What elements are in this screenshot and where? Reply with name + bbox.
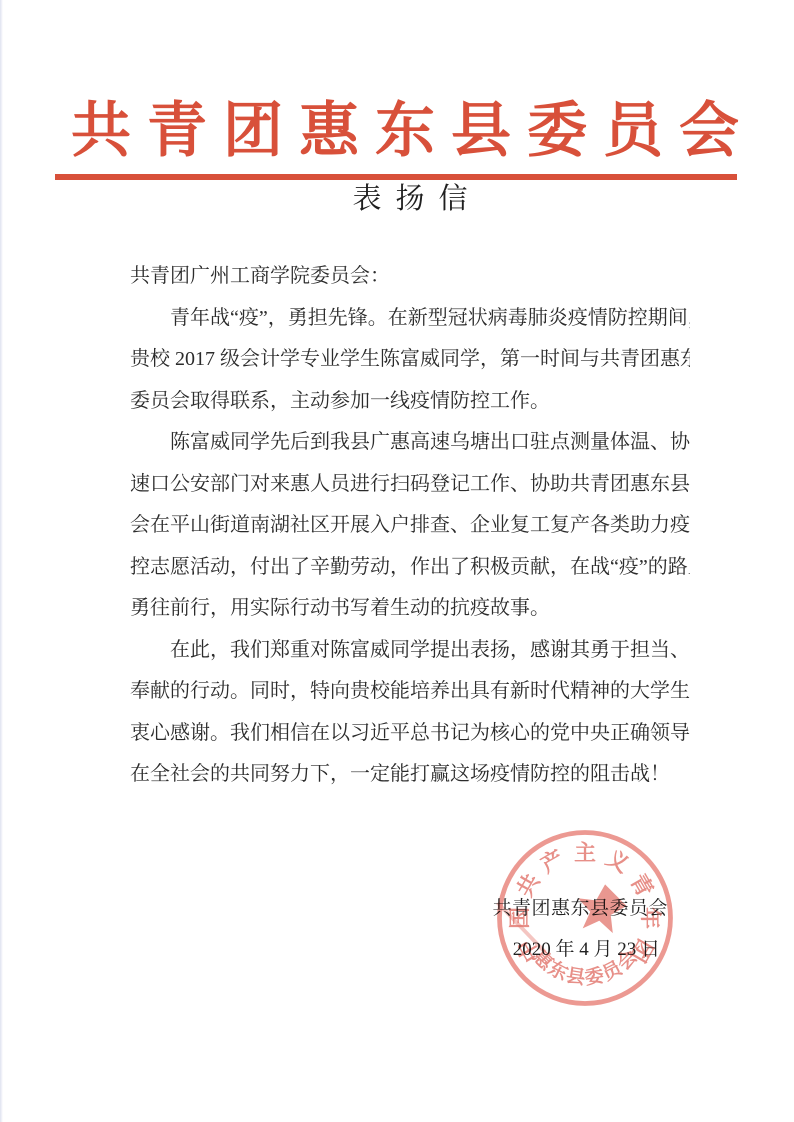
letter-line: 在全社会的共同努力下，一定能打赢这场疫情防控的阻击战！ — [130, 754, 690, 796]
seal-top-text-char: 主 — [574, 841, 596, 865]
letter-line: 速口公安部门对来惠人员进行扫码登记工作、协助共青团惠东县委员 — [130, 464, 690, 506]
seal-top-text-char: 义 — [602, 846, 633, 878]
signature-line: 共青团惠东县委员会 — [130, 896, 690, 922]
letterhead-title: 共青团惠东县委员会 — [55, 98, 749, 164]
letterhead-rule — [55, 174, 737, 180]
seal-bottom-text-char: 县 — [565, 964, 587, 989]
signature-text: 共青团惠东县委员会 — [492, 898, 668, 919]
letter-body: 共青团广州工商学院委员会： 青年战“疫”，勇担先锋。在新型冠状病毒肺炎疫情防控期… — [130, 256, 690, 796]
document-title: 表扬信 — [13, 182, 794, 216]
letter-line: 衷心感谢。我们相信在以习近平总书记为核心的党中央正确领导下， — [130, 713, 690, 755]
seal-top-text-char: 产 — [537, 845, 569, 878]
date-line: 2020 年 4 月 23 日 — [130, 937, 690, 963]
letter-page: 共青团惠东县委员会 表扬信 共青团广州工商学院委员会： 青年战“疫”，勇担先锋。… — [0, 0, 794, 1122]
letter-line: 勇往前行，用实际行动书写着生动的抗疫故事。 — [130, 588, 690, 630]
letter-line: 贵校 2017 级会计学专业学生陈富威同学，第一时间与共青团惠东县 — [130, 339, 690, 381]
letter-line: 控志愿活动，付出了辛勤劳动，作出了积极贡献，在战“疫”的路上 — [130, 547, 690, 589]
letter-line: 委员会取得联系，主动参加一线疫情防控工作。 — [130, 381, 690, 423]
date-text: 2020 年 4 月 23 日 — [513, 939, 660, 960]
salutation: 共青团广州工商学院委员会： — [130, 256, 690, 298]
letter-line: 会在平山街道南湖社区开展入户排查、企业复工复产各类助力疫情防 — [130, 505, 690, 547]
letter-line: 在此，我们郑重对陈富威同学提出表扬，感谢其勇于担当、无私 — [130, 630, 690, 672]
letter-paragraphs: 青年战“疫”，勇担先锋。在新型冠状病毒肺炎疫情防控期间，贵校 2017 级会计学… — [130, 298, 690, 796]
letter-line: 青年战“疫”，勇担先锋。在新型冠状病毒肺炎疫情防控期间， — [130, 298, 690, 340]
letter-line: 陈富威同学先后到我县广惠高速乌塘出口驻点测量体温、协助高 — [130, 422, 690, 464]
scan-edge-artifact — [0, 0, 3, 1122]
seal-bottom-text-char: 委 — [583, 964, 605, 989]
letter-line: 奉献的行动。同时，特向贵校能培养出具有新时代精神的大学生表示 — [130, 671, 690, 713]
